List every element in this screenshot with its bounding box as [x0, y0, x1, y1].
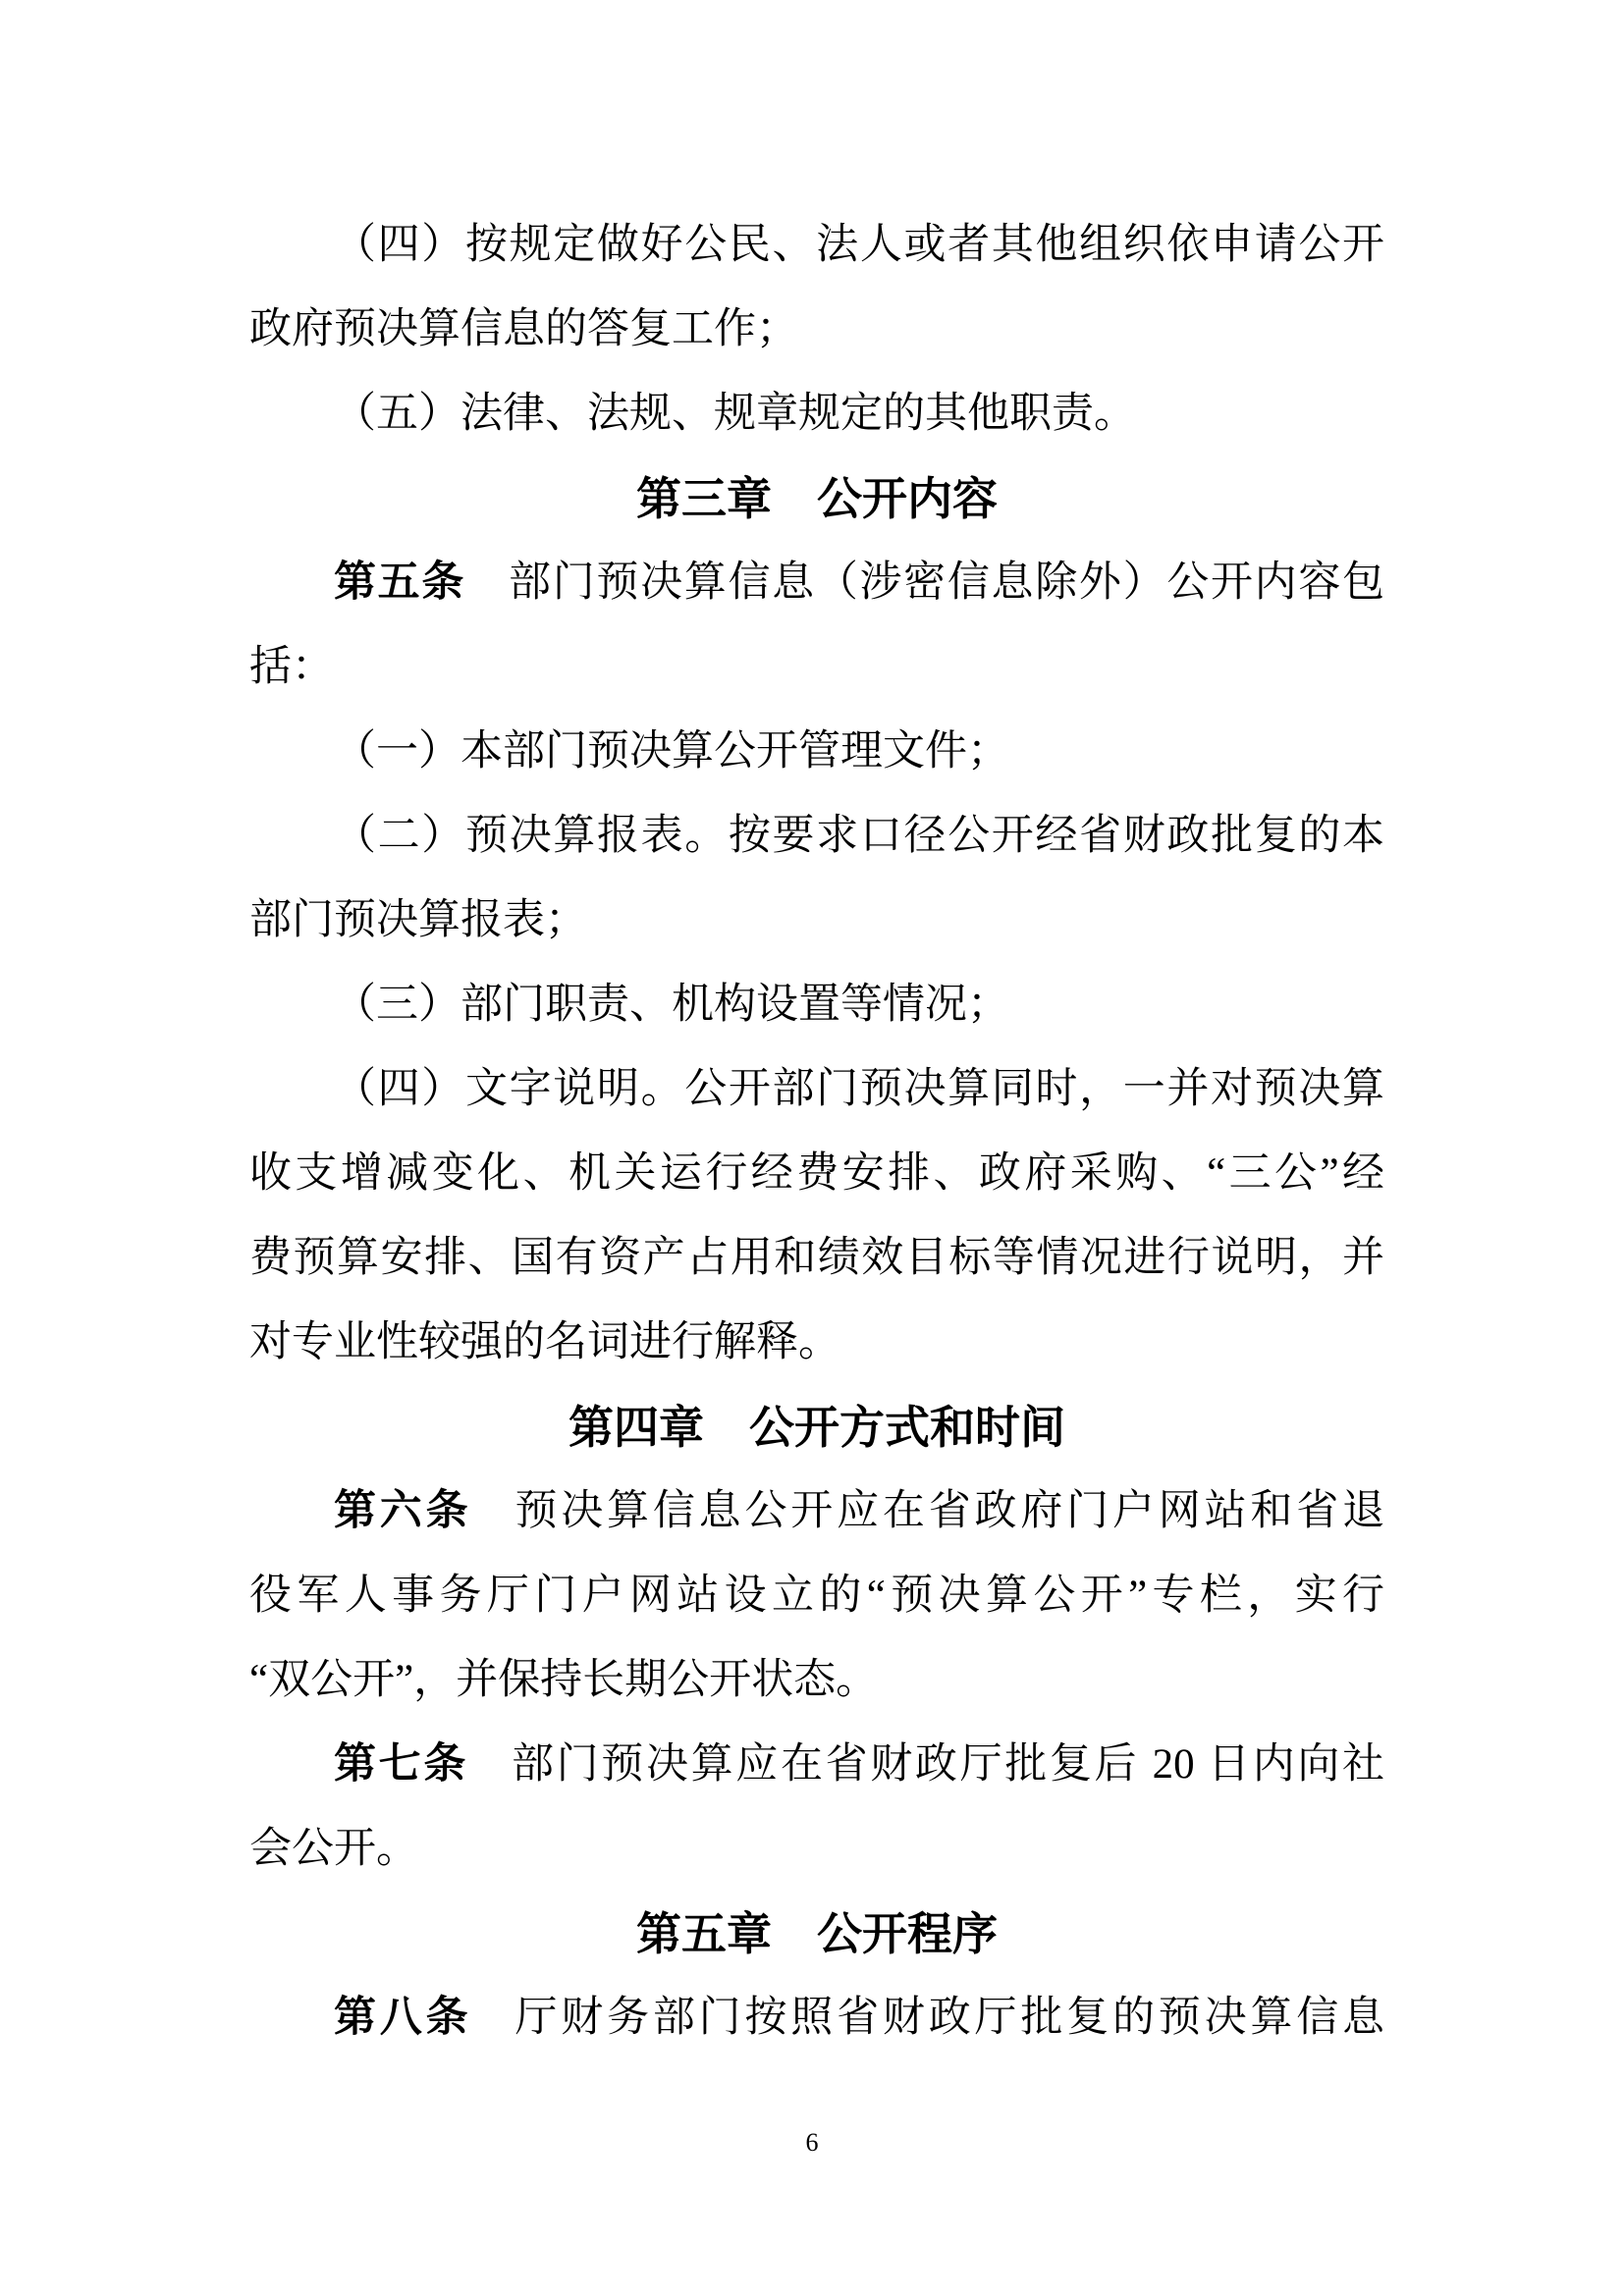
text-run: （五）法律、法规、规章规定的其他职责。	[334, 391, 1136, 437]
article-number-label: 第六条	[334, 1488, 471, 1534]
document-body: （四）按规定做好公民、法人或者其他组织依申请公开政府预决算信息的答复工作；（五）…	[249, 203, 1384, 2060]
text-run: 政府预决算信息的答复工作；	[249, 306, 798, 352]
text-run: 部门预决算信息（涉密信息除外）公开内容包	[509, 560, 1384, 606]
text-run: 部门预决算应在省财政厅批复后 20 日内向社	[512, 1741, 1384, 1788]
text-run: 收支增减变化、机关运行经费安排、政府采购、“三公”经	[249, 1150, 1384, 1197]
article-number-label: 第七条	[334, 1741, 468, 1788]
article-text-line: “双公开”，并保持长期公开状态。	[249, 1638, 1384, 1723]
text-run: （三）部门职责、机构设置等情况；	[334, 982, 1009, 1028]
article-number-label: 第八条	[334, 1995, 471, 2041]
paragraph-text-line: 费预算安排、国有资产占用和绩效目标等情况进行说明，并	[249, 1216, 1384, 1301]
paragraph-text-line: 政府预决算信息的答复工作；	[249, 288, 1384, 372]
text-run: 会公开。	[249, 1826, 418, 1872]
paragraph-text-line: （五）法律、法规、规章规定的其他职责。	[249, 372, 1384, 456]
page-number: 6	[0, 2128, 1624, 2158]
text-run: “双公开”，并保持长期公开状态。	[249, 1657, 878, 1703]
paragraph-text-line: （一）本部门预决算公开管理文件；	[249, 710, 1384, 794]
text-run: 对专业性较强的名词进行解释。	[249, 1319, 840, 1365]
text-run: 厅财务部门按照省财政厅批复的预决算信息	[514, 1995, 1384, 2041]
text-run: （四）按规定做好公民、法人或者其他组织依申请公开	[334, 222, 1384, 268]
article-text-line: 第五条部门预决算信息（涉密信息除外）公开内容包	[249, 541, 1384, 625]
chapter-heading: 第五章 公开程序	[249, 1892, 1384, 1976]
text-run: （四）文字说明。公开部门预决算同时，一并对预决算	[334, 1066, 1384, 1112]
article-text-line: 第七条部门预决算应在省财政厅批复后 20 日内向社	[249, 1723, 1384, 1807]
text-run: 费预算安排、国有资产占用和绩效目标等情况进行说明，并	[249, 1235, 1384, 1281]
paragraph-text-line: 收支增减变化、机关运行经费安排、政府采购、“三公”经	[249, 1132, 1384, 1216]
paragraph-text-line: （二）预决算报表。按要求口径公开经省财政批复的本	[249, 794, 1384, 879]
paragraph-text-line: 部门预决算报表；	[249, 879, 1384, 963]
article-text-line: 第六条预决算信息公开应在省政府门户网站和省退	[249, 1469, 1384, 1554]
article-text-line: 会公开。	[249, 1807, 1384, 1892]
text-run: （一）本部门预决算公开管理文件；	[334, 728, 1009, 774]
text-run: 部门预决算报表；	[249, 897, 587, 943]
text-run: 括：	[249, 644, 334, 690]
article-text-line: 括：	[249, 625, 1384, 710]
article-text-line: 役军人事务厅门户网站设立的“预决算公开”专栏，实行	[249, 1554, 1384, 1638]
article-number-label: 第五条	[334, 560, 465, 606]
text-run: 役军人事务厅门户网站设立的“预决算公开”专栏，实行	[249, 1573, 1384, 1619]
chapter-heading: 第三章 公开内容	[249, 456, 1384, 541]
document-page: （四）按规定做好公民、法人或者其他组织依申请公开政府预决算信息的答复工作；（五）…	[0, 0, 1624, 2296]
paragraph-text-line: （三）部门职责、机构设置等情况；	[249, 963, 1384, 1047]
paragraph-text-line: （四）文字说明。公开部门预决算同时，一并对预决算	[249, 1047, 1384, 1132]
paragraph-text-line: 对专业性较强的名词进行解释。	[249, 1301, 1384, 1385]
article-text-line: 第八条厅财务部门按照省财政厅批复的预决算信息	[249, 1976, 1384, 2060]
chapter-heading: 第四章 公开方式和时间	[249, 1385, 1384, 1469]
paragraph-text-line: （四）按规定做好公民、法人或者其他组织依申请公开	[249, 203, 1384, 288]
text-run: （二）预决算报表。按要求口径公开经省财政批复的本	[334, 813, 1384, 859]
text-run: 预决算信息公开应在省政府门户网站和省退	[514, 1488, 1384, 1534]
